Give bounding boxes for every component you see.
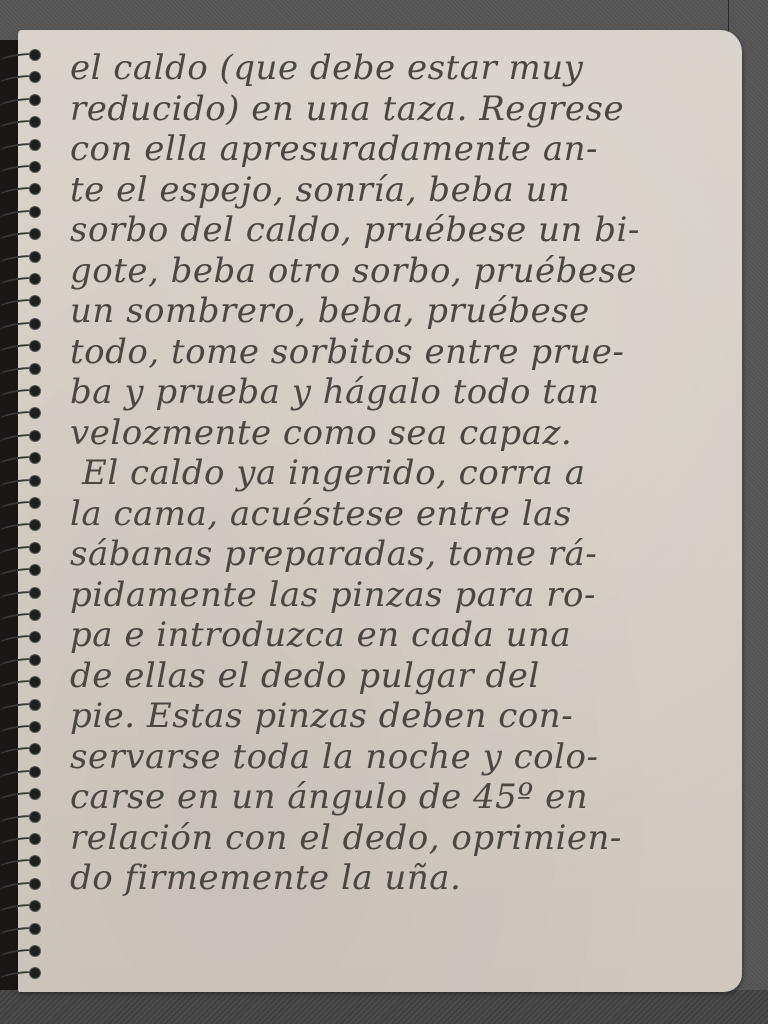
punch-hole: [30, 364, 40, 374]
spiral-coil: [0, 541, 44, 557]
handwritten-text: el caldo (que debe estar muy reducido) e…: [70, 48, 730, 899]
punch-hole: [30, 72, 40, 82]
spiral-coil: [0, 93, 44, 109]
spiral-coil: [0, 698, 44, 714]
spiral-coil: [0, 362, 44, 378]
punch-hole: [30, 140, 40, 150]
spiral-coil: [0, 451, 44, 467]
punch-hole: [30, 901, 40, 911]
spiral-coil: [0, 877, 44, 893]
punch-hole: [30, 924, 40, 934]
spiral-coil: [0, 922, 44, 938]
punch-hole: [30, 744, 40, 754]
spiral-coil: [0, 966, 44, 982]
punch-hole: [30, 700, 40, 710]
punch-hole: [30, 207, 40, 217]
punch-hole: [30, 50, 40, 60]
punch-hole: [30, 252, 40, 262]
punch-hole: [30, 834, 40, 844]
punch-hole: [30, 431, 40, 441]
text-line: carse en un ángulo de 45º en: [70, 777, 730, 818]
punch-hole: [30, 498, 40, 508]
spiral-coil: [0, 563, 44, 579]
punch-hole: [30, 520, 40, 530]
punch-hole: [30, 856, 40, 866]
spiral-coil: [0, 384, 44, 400]
punch-hole: [30, 319, 40, 329]
punch-hole: [30, 274, 40, 284]
punch-hole: [30, 296, 40, 306]
spiral-coil: [0, 294, 44, 310]
text-line: el caldo (que debe estar muy: [70, 48, 730, 89]
spiral-coil: [0, 70, 44, 86]
text-line: todo, tome sorbitos entre prue-: [70, 332, 730, 373]
spiral-coil: [0, 160, 44, 176]
spiral-coil: [0, 317, 44, 333]
punch-hole: [30, 946, 40, 956]
spiral-coil: [0, 765, 44, 781]
punch-hole: [30, 677, 40, 687]
spiral-coil: [0, 630, 44, 646]
text-line: un sombrero, beba, pruébese: [70, 291, 730, 332]
text-line: pidamente las pinzas para ro-: [70, 575, 730, 616]
fabric-bottom: [0, 990, 768, 1024]
text-line: la cama, acuéstese entre las: [70, 494, 730, 535]
spiral-coil: [0, 182, 44, 198]
punch-hole: [30, 565, 40, 575]
text-line: de ellas el dedo pulgar del: [70, 656, 730, 697]
spiral-coil: [0, 406, 44, 422]
punch-hole: [30, 722, 40, 732]
text-line: pie. Estas pinzas deben con-: [70, 696, 730, 737]
text-line: velozmente como sea capaz.: [70, 413, 730, 454]
punch-hole: [30, 117, 40, 127]
spiral-coil: [0, 339, 44, 355]
spiral-coil: [0, 205, 44, 221]
text-line: con ella apresuradamente an-: [70, 129, 730, 170]
spiral-coil: [0, 675, 44, 691]
spiral-coil: [0, 810, 44, 826]
spiral-coil: [0, 518, 44, 534]
punch-hole: [30, 95, 40, 105]
text-line: reducido) en una taza. Regrese: [70, 89, 730, 130]
text-line-paragraph-start: El caldo ya ingerido, corra a: [70, 453, 730, 494]
text-line: servarse toda la noche y colo-: [70, 737, 730, 778]
spiral-coil: [0, 250, 44, 266]
text-line: do firmemente la uña.: [70, 858, 730, 899]
spiral-coil: [0, 742, 44, 758]
spiral-binding: [0, 48, 48, 988]
punch-hole: [30, 386, 40, 396]
punch-hole: [30, 341, 40, 351]
text-line: ba y prueba y hágalo todo tan: [70, 372, 730, 413]
spiral-coil: [0, 944, 44, 960]
punch-hole: [30, 767, 40, 777]
punch-hole: [30, 229, 40, 239]
spiral-coil: [0, 115, 44, 131]
spiral-coil: [0, 48, 44, 64]
spiral-coil: [0, 496, 44, 512]
punch-hole: [30, 632, 40, 642]
spiral-coil: [0, 586, 44, 602]
punch-hole: [30, 476, 40, 486]
text-line: pa e introduzca en cada una: [70, 615, 730, 656]
punch-hole: [30, 812, 40, 822]
spiral-coil: [0, 474, 44, 490]
text-line: gote, beba otro sorbo, pruébese: [70, 251, 730, 292]
punch-hole: [30, 789, 40, 799]
punch-hole: [30, 162, 40, 172]
punch-hole: [30, 543, 40, 553]
spiral-coil: [0, 899, 44, 915]
punch-hole: [30, 453, 40, 463]
spiral-coil: [0, 227, 44, 243]
spiral-coil: [0, 787, 44, 803]
punch-hole: [30, 968, 40, 978]
punch-hole: [30, 655, 40, 665]
punch-hole: [30, 610, 40, 620]
text-line: te el espejo, sonría, beba un: [70, 170, 730, 211]
punch-hole: [30, 184, 40, 194]
spiral-coil: [0, 854, 44, 870]
punch-hole: [30, 408, 40, 418]
spiral-coil: [0, 608, 44, 624]
punch-hole: [30, 588, 40, 598]
spiral-coil: [0, 653, 44, 669]
spiral-coil: [0, 429, 44, 445]
spiral-coil: [0, 138, 44, 154]
punch-hole: [30, 879, 40, 889]
text-line: sábanas preparadas, tome rá-: [70, 534, 730, 575]
text-line: relación con el dedo, oprimien-: [70, 818, 730, 859]
spiral-coil: [0, 720, 44, 736]
text-line: sorbo del caldo, pruébese un bi-: [70, 210, 730, 251]
spiral-coil: [0, 832, 44, 848]
spiral-coil: [0, 272, 44, 288]
